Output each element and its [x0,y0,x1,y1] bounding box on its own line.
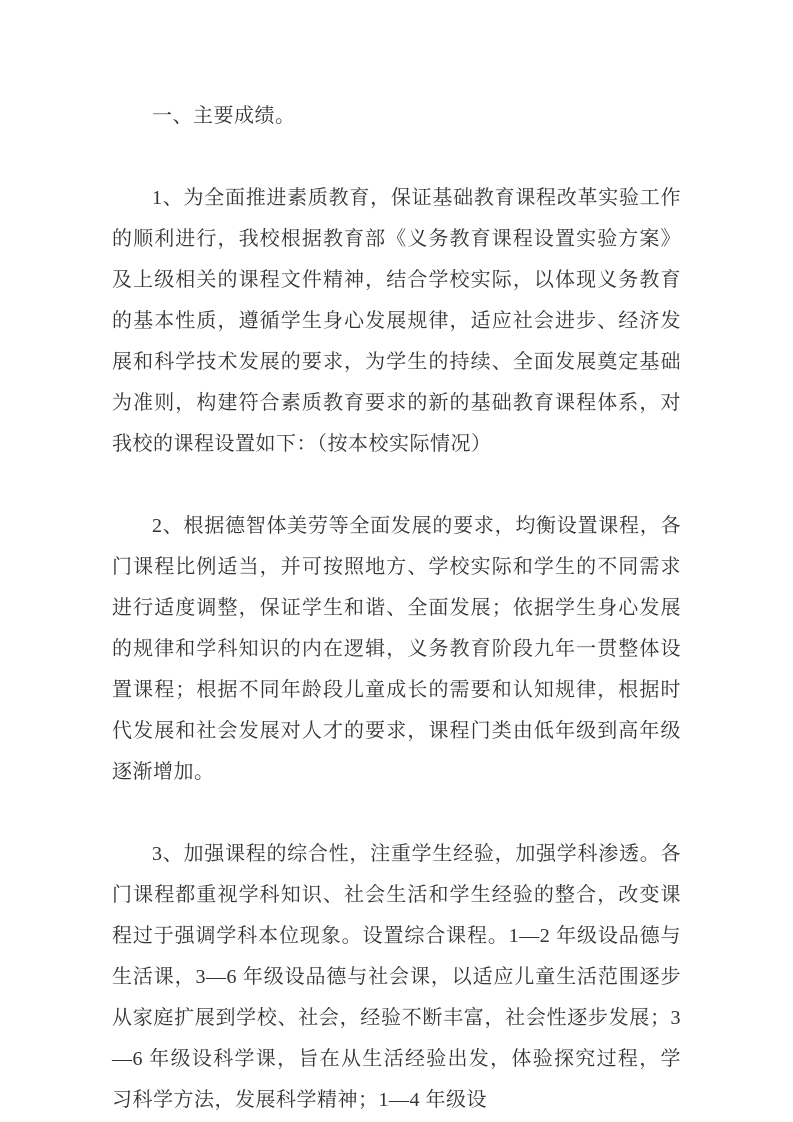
document-page: 一、主要成绩。 1、为全面推进素质教育，保证基础教育课程改革实验工作的顺利进行，… [0,0,793,1122]
paragraph-3: 3、加强课程的综合性，注重学生经验，加强学科渗透。各门课程都重视学科知识、社会生… [112,834,681,1121]
paragraph-1: 1、为全面推进素质教育，保证基础教育课程改革实验工作的顺利进行，我校根据教育部《… [112,178,681,465]
paragraph-2: 2、根据德智体美劳等全面发展的要求，均衡设置课程，各门课程比例适当，并可按照地方… [112,506,681,793]
section-heading: 一、主要成绩。 [112,96,681,137]
